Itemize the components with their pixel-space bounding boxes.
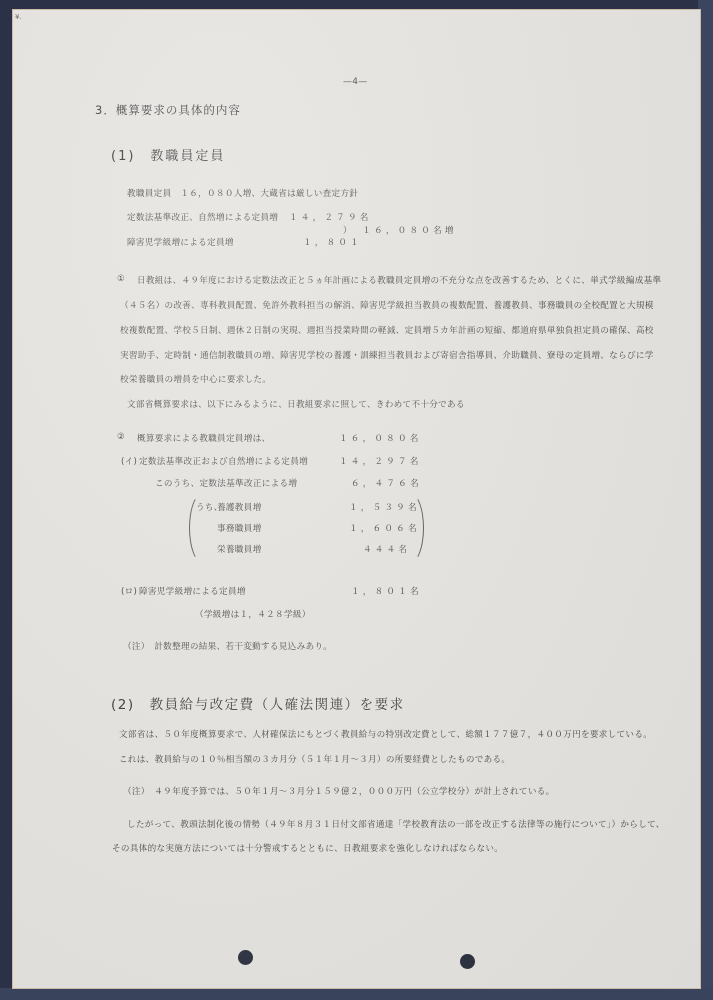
summary-line-2-value: １４，２７９名 — [289, 211, 372, 223]
item-i-label: 定数法基準改正および自然増による定員増 — [139, 455, 308, 467]
punch-hole — [460, 954, 475, 969]
point-1-marker: ① — [117, 274, 125, 284]
breakdown-value: １，６０６名 — [349, 522, 420, 534]
item-ro-label: 障害児学級増による定員増 — [139, 585, 246, 597]
summary-line-1: 教職員定員 １６，０８０人増、大蔵省は厳しい査定方針 — [127, 187, 358, 199]
punch-hole — [238, 950, 253, 965]
breakdown-value: ４４４名 — [363, 543, 410, 555]
document-page: ¥. —4— 3．概算要求の具体的内容 (1) 教職員定員 教職員定員 １６，０… — [12, 9, 701, 989]
background-frame-bottom — [0, 988, 713, 1000]
sub2-conclusion: したがって、教頭法制化後の情勢（４９年８月３１日付文部省通達「学校教育法の一部を… — [127, 818, 665, 830]
note-1: （注） 計数整理の結果、若干変動する見込みあり。 — [123, 640, 332, 652]
item-subtotal-label: このうち、定数法基準改正による増 — [155, 477, 297, 489]
point-1-line: 校栄養職員の増員を中心に要求した。 — [120, 373, 271, 385]
summary-line-3-label: 障害児学級増による定員増 — [127, 236, 234, 248]
sub2-note: （注） ４９年度予算では、５０年１月～３月分１５９億２，０００万円（公立学校分）… — [123, 785, 555, 797]
summary-line-3-value: １，８０１ — [303, 236, 362, 248]
section-title: 3．概算要求の具体的内容 — [95, 102, 241, 118]
breakdown-prefix: うち、 — [196, 501, 223, 513]
sub2-conclusion: その具体的な実施方法については十分警戒するとともに、日教組要求を強化しなければな… — [112, 842, 503, 854]
breakdown-label: 栄養職員増 — [217, 543, 261, 555]
point-1-closing: 文部省概算要求は、以下にみるように、日教組要求に照して、きわめて不十分である — [127, 398, 465, 410]
item-i-value: １４，２９７名 — [339, 455, 422, 467]
point-2-marker: ② — [117, 432, 125, 442]
breakdown-label: 事務職員増 — [217, 522, 261, 534]
summary-line-2-label: 定数法基準改正、自然増による定員増 — [127, 211, 278, 223]
sub2-line: 文部省は、５０年度概算要求で、人材確保法にもとづく教員給与の特別改定費として、総… — [119, 728, 652, 740]
left-parenthesis — [189, 493, 216, 563]
class-increase-note: （学級増は１，４２８学級） — [195, 608, 311, 620]
point-1-line: 実習助手、定時制・通信制教職員の増、障害児学校の養護・訓練担当教員および寄宿舎指… — [120, 349, 654, 361]
item-ro-marker: (ロ) — [121, 585, 137, 597]
point-1-line: 日教組は、４９年度における定数法改正と５ヵ年計画による教職員定員増の不充分な点を… — [137, 274, 661, 286]
right-parenthesis — [397, 493, 424, 563]
breakdown-label: 養護教員増 — [217, 501, 261, 513]
corner-mark: ¥. — [15, 13, 22, 21]
point-2-label: 概算要求による教職員定員増は、 — [137, 432, 270, 444]
point-1-line: （４５名）の改善、専科教員配置、免許外教科担当の解消、障害児学級担当教員の複数配… — [120, 299, 654, 311]
sub2-line: これは、教員給与の１０％相当額の３カ月分（５１年１月～３月）の所要経費としたもの… — [119, 753, 510, 765]
page-number: —4— — [343, 77, 368, 87]
summary-bracket-total: ） １６，０８０名増 — [343, 224, 457, 236]
subsection-1-title: (1) 教職員定員 — [111, 145, 225, 164]
point-1-line: 校複数配置、学校５日制、週休２日制の実現、週担当授業時間の軽減、定員増５カ年計画… — [120, 324, 654, 336]
subsection-2-title: (2) 教員給与改定費（人確法関連）を要求 — [111, 693, 405, 713]
item-ro-value: １，８０１名 — [351, 585, 422, 597]
point-2-value: １６，０８０名 — [339, 432, 422, 444]
breakdown-value: １，５３９名 — [349, 501, 420, 513]
item-i-marker: (イ) — [121, 455, 137, 467]
item-subtotal-value: ６，４７６名 — [351, 477, 422, 489]
